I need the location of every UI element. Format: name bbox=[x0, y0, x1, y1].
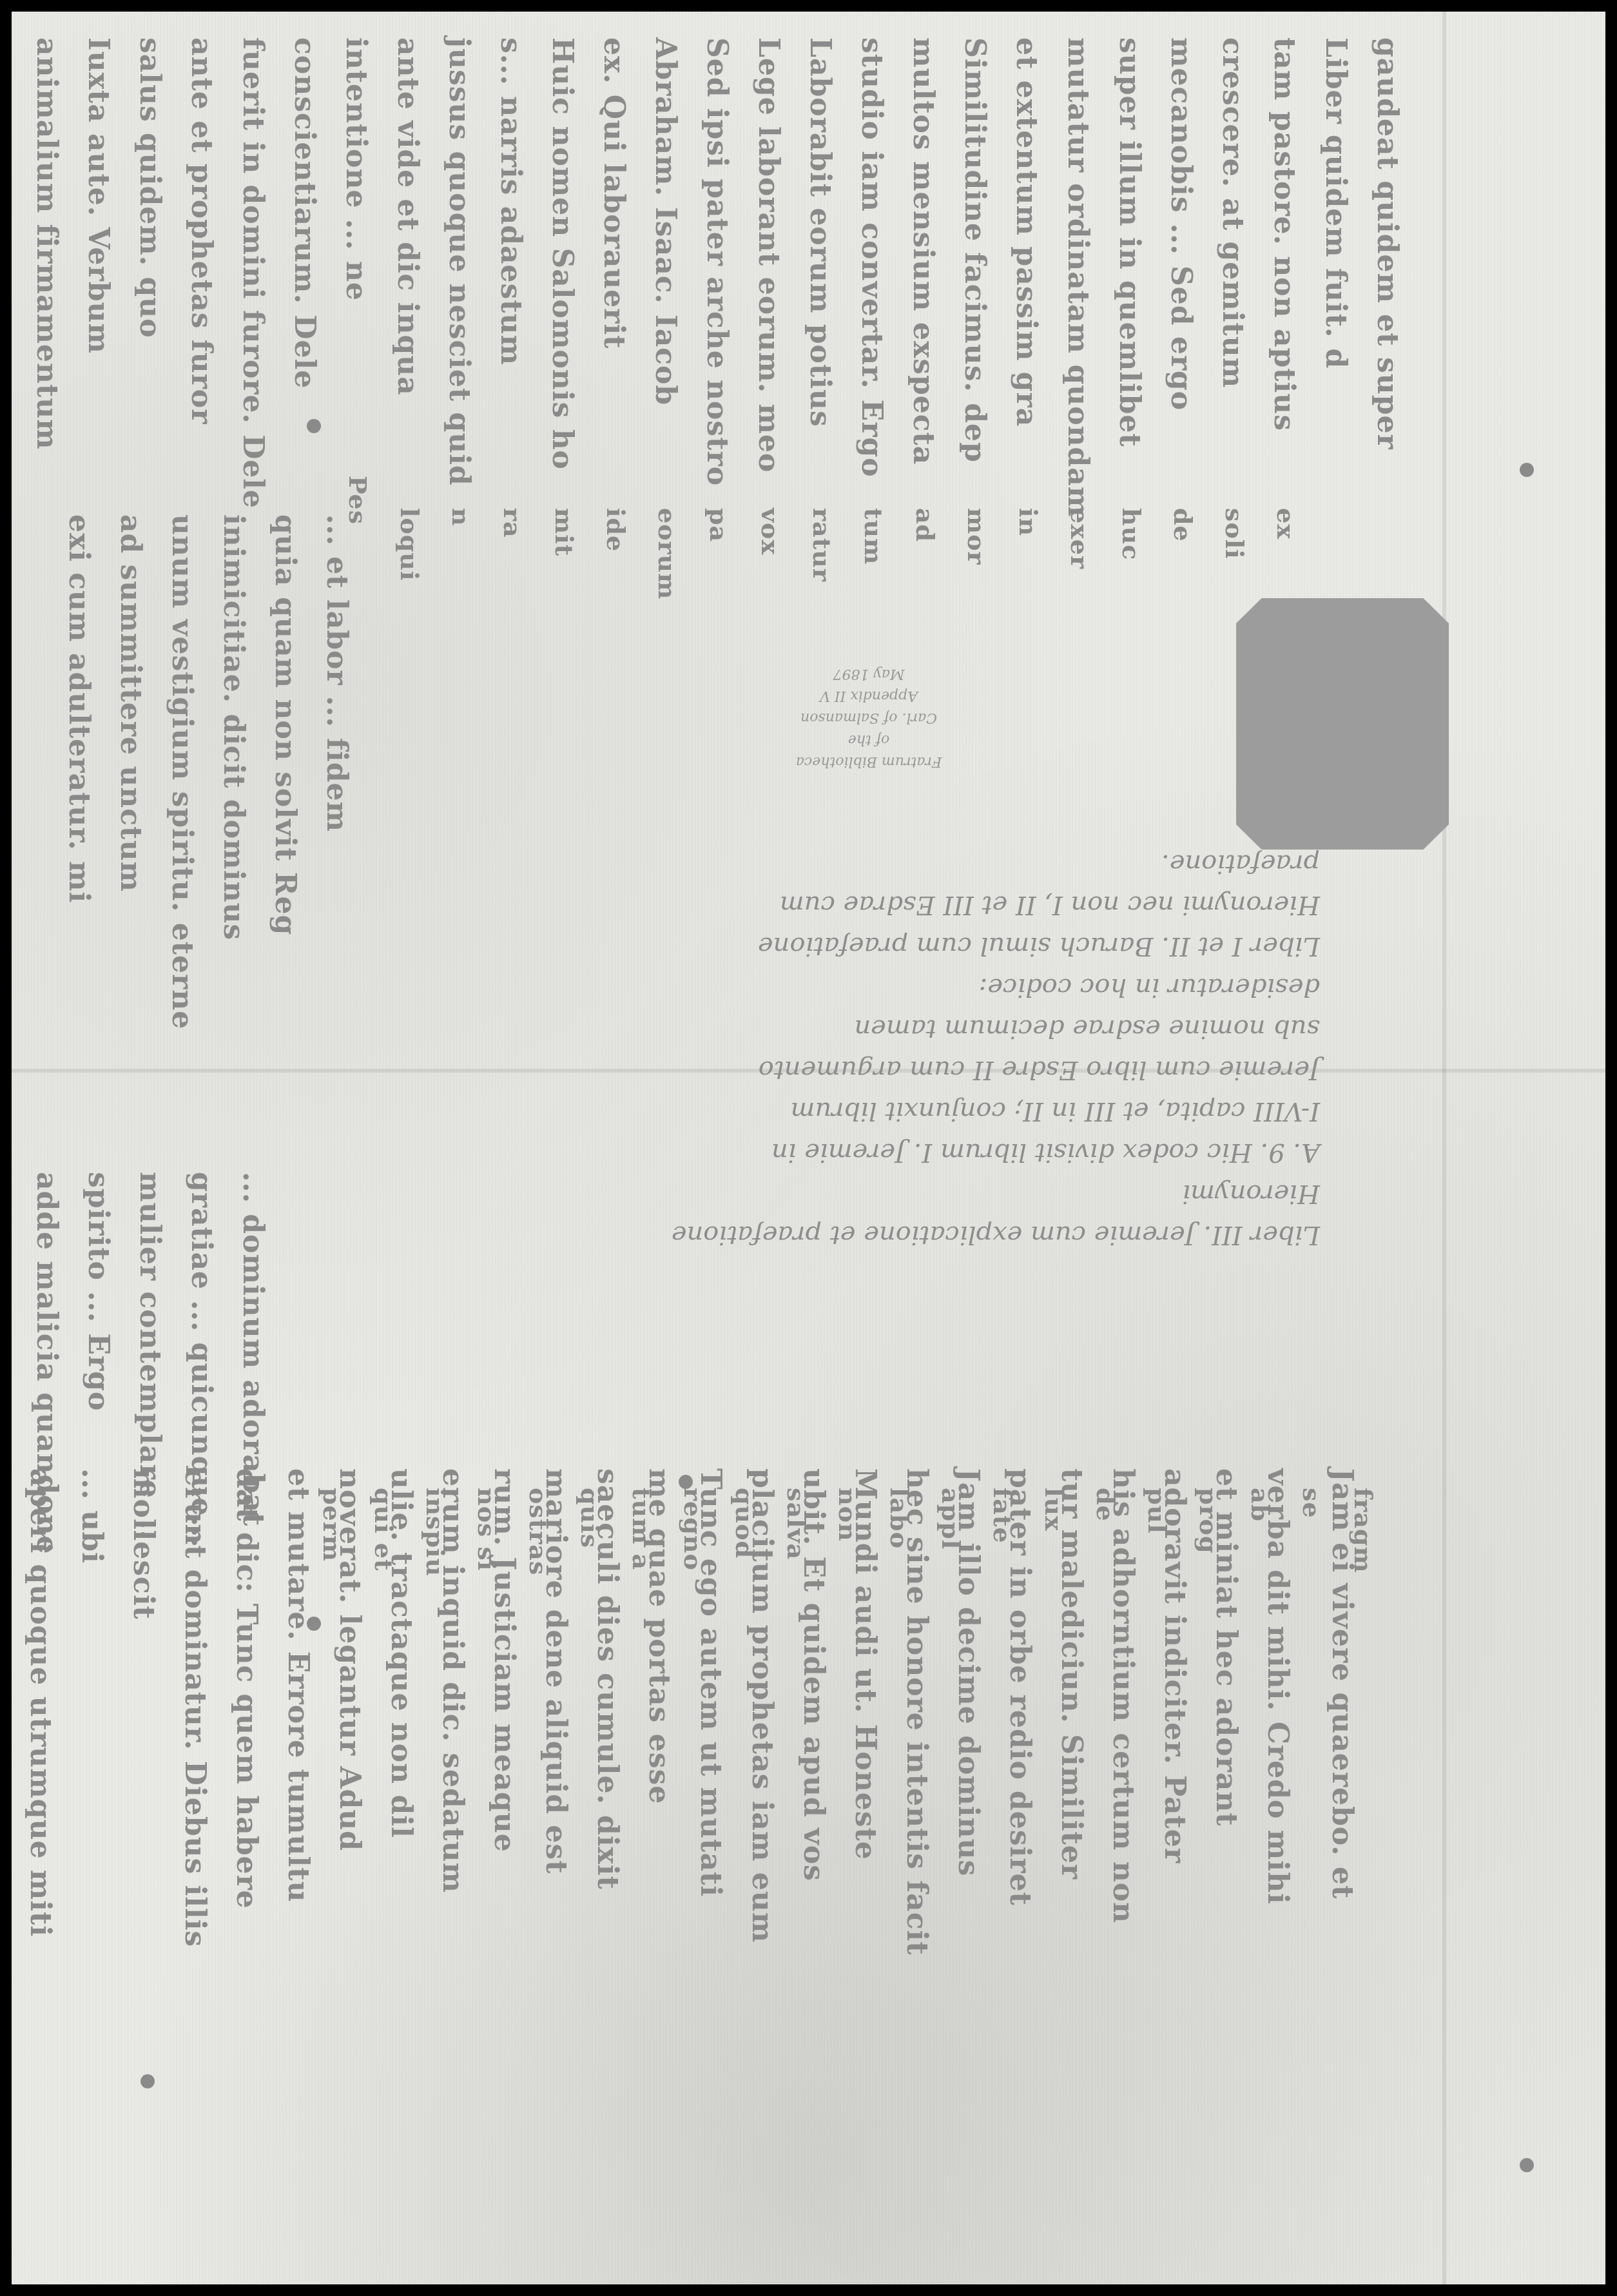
text-line: fuerit in domini furore. Dele bbox=[237, 37, 269, 509]
library-stamp: Fratrum Bibliotheca of the Carl. of Salm… bbox=[753, 663, 985, 772]
text-line: super illum in quemlibet bbox=[1113, 37, 1146, 447]
text-line: Abraham. Isaac. Iacob bbox=[649, 37, 682, 405]
stub: fate bbox=[988, 1488, 1017, 1544]
text-line: multos mensium exspecta bbox=[907, 37, 940, 465]
text-line: Huic nomen Salomonis ho bbox=[546, 37, 579, 470]
fold-line bbox=[1442, 12, 1446, 2284]
stub: labo bbox=[885, 1488, 914, 1549]
stub: huc bbox=[1117, 508, 1146, 560]
text-line: mecanobis ... Sed ergo bbox=[1165, 37, 1197, 411]
note-line: praefatione. bbox=[856, 843, 1320, 884]
text-line: quia quam non solvit Reg bbox=[269, 514, 302, 935]
text-line: ad summittere unctum bbox=[114, 514, 147, 892]
stub: n bbox=[447, 508, 476, 527]
text-line: inimicitiae. dicit dominus bbox=[217, 514, 250, 940]
ink-dot bbox=[307, 419, 321, 433]
text-line: Similitudine facimus. dep bbox=[958, 37, 991, 463]
text-line: studio iam convertar. Ergo bbox=[855, 37, 888, 478]
stub: prog bbox=[1194, 1488, 1223, 1554]
stub: ide bbox=[601, 508, 630, 552]
stub: se bbox=[1297, 1488, 1326, 1519]
stub: fragm bbox=[1349, 1488, 1378, 1573]
text-line: ex. Qui laborauerit bbox=[597, 37, 630, 349]
text-line: ... dominum adorabat bbox=[237, 1172, 269, 1526]
text-line: mulier contemplare ... bbox=[133, 1172, 166, 1541]
stub: ra bbox=[498, 508, 527, 538]
ink-dot bbox=[679, 1475, 693, 1489]
text-line: jussus quoque nesciet quid bbox=[443, 37, 476, 486]
text-line: unum vestigium spiritu. eterne bbox=[166, 514, 198, 1029]
stamp-line: Carl. of Salmanson bbox=[753, 706, 985, 728]
stub: ostras bbox=[524, 1488, 553, 1575]
text-line: conscientiarum. Dele bbox=[288, 37, 321, 389]
stub: ab bbox=[1246, 1488, 1275, 1522]
text-line: gratiae ... quicunque... bbox=[185, 1172, 218, 1548]
stub: de bbox=[1168, 508, 1197, 542]
stub: ratur bbox=[808, 508, 837, 582]
text-line: Iuxta aute. Verbum bbox=[82, 37, 115, 354]
note-line: sub nomine esdrae decimum tamen bbox=[856, 1008, 1320, 1049]
text-line: verba dit mihi. Credo mihi bbox=[1261, 1468, 1294, 1905]
text-line: Laborabit eorum potius bbox=[804, 37, 837, 427]
text-line: et extentum passim gra bbox=[1010, 37, 1043, 427]
stub: loqui bbox=[395, 508, 424, 581]
stamp-line: of the bbox=[753, 728, 985, 750]
text-line: animalium firmamentum bbox=[30, 37, 63, 450]
note-line: desideratur in hoc codice: bbox=[856, 967, 1320, 1008]
stub: nos si bbox=[472, 1488, 501, 1571]
stub: Pes bbox=[344, 476, 373, 525]
text-line: Sed ipsi pater arche nostro bbox=[701, 37, 733, 486]
ink-dot bbox=[1520, 2158, 1534, 2172]
note-line: Hieronymi bbox=[856, 1173, 1320, 1214]
text-line: mutatur ordinatam quondam bbox=[1061, 37, 1094, 517]
text-line: ante vide et dic inqua bbox=[391, 37, 424, 396]
stub: regno bbox=[679, 1488, 708, 1571]
text-line: ante et prophetas furor bbox=[185, 37, 218, 424]
stub: pa bbox=[704, 508, 733, 542]
stamp-line: Fratrum Bibliotheca bbox=[753, 750, 985, 772]
text-line: dat dic: Tunc quem habere bbox=[230, 1468, 263, 1909]
text-line: his adhorntium certum non bbox=[1107, 1468, 1139, 1923]
stamp-line: May 1897 bbox=[753, 663, 985, 685]
stub: quod bbox=[730, 1488, 759, 1559]
stub: qui et bbox=[369, 1488, 398, 1571]
stub: perm bbox=[318, 1488, 347, 1562]
note-line: Liber I et II. Baruch simul cum praefati… bbox=[856, 926, 1320, 967]
note-line: I-VIII capita, et III in II; conjunxit l… bbox=[856, 1091, 1320, 1132]
stub: tum bbox=[859, 508, 888, 565]
ink-dot bbox=[1520, 463, 1534, 477]
stub: ad bbox=[911, 508, 940, 542]
note-line: A. 9. Hic codex divisit librum I. Jeremi… bbox=[856, 1132, 1320, 1173]
text-line: exi cum adulteratur. mi bbox=[63, 514, 95, 903]
text-line: ... et labor ... fidem bbox=[320, 514, 353, 832]
stub: inspiu bbox=[421, 1488, 450, 1577]
text-line: Liber quidem fuit. d bbox=[1319, 37, 1352, 369]
text-line: adde malicia quandone bbox=[30, 1172, 63, 1555]
text-line: spirito ... Ergo bbox=[82, 1172, 115, 1411]
stub: salva bbox=[782, 1488, 811, 1560]
stub: non bbox=[833, 1488, 862, 1542]
stub: vox bbox=[756, 508, 785, 555]
stub: eorum bbox=[653, 508, 682, 599]
handwritten-note: Liber III. Jeremie cum explicatione et p… bbox=[856, 843, 1320, 1256]
note-line: Hieronymi nec non I, II et III Esdrae cu… bbox=[856, 884, 1320, 926]
text-line: tam pastore. non aptius bbox=[1268, 37, 1301, 431]
stub: ex bbox=[1272, 508, 1301, 540]
ink-dot bbox=[307, 1617, 321, 1631]
manuscript-page: aperi quoque utrumque miti ... ubi molle… bbox=[12, 12, 1605, 2284]
label-patch bbox=[1236, 598, 1449, 850]
text-line: intentione ... ne bbox=[340, 37, 373, 301]
stub: appl bbox=[936, 1488, 965, 1550]
stub: soli bbox=[1220, 508, 1249, 559]
text-line: et mutare. Errore tumultu bbox=[282, 1468, 315, 1902]
stub: mor bbox=[962, 508, 991, 565]
text-line: s... narris adaestum bbox=[494, 37, 527, 365]
stub: mit bbox=[550, 508, 579, 556]
text-line: ... ubi bbox=[75, 1468, 108, 1564]
text-line: salus quidem. quo bbox=[133, 37, 166, 338]
stub: de bbox=[1091, 1488, 1120, 1522]
ink-dot bbox=[140, 2074, 155, 2088]
stub: pul bbox=[1143, 1488, 1172, 1534]
note-line: Liber III. Jeremie cum explicatione et p… bbox=[856, 1214, 1320, 1256]
text-line: crescere. at gemitum bbox=[1216, 37, 1249, 388]
stub: quis bbox=[576, 1488, 605, 1548]
text-line: Lege laborant eorum. meo bbox=[752, 37, 785, 472]
stub: lux bbox=[1040, 1488, 1069, 1532]
stub: tum a bbox=[627, 1488, 656, 1570]
stamp-line: Appendix II V bbox=[753, 685, 985, 706]
stub: in bbox=[1014, 508, 1043, 536]
note-line: Jeremie cum libro Esdre II cum argumento bbox=[856, 1049, 1320, 1091]
text-line: gaudeat quidem et super bbox=[1371, 37, 1404, 450]
